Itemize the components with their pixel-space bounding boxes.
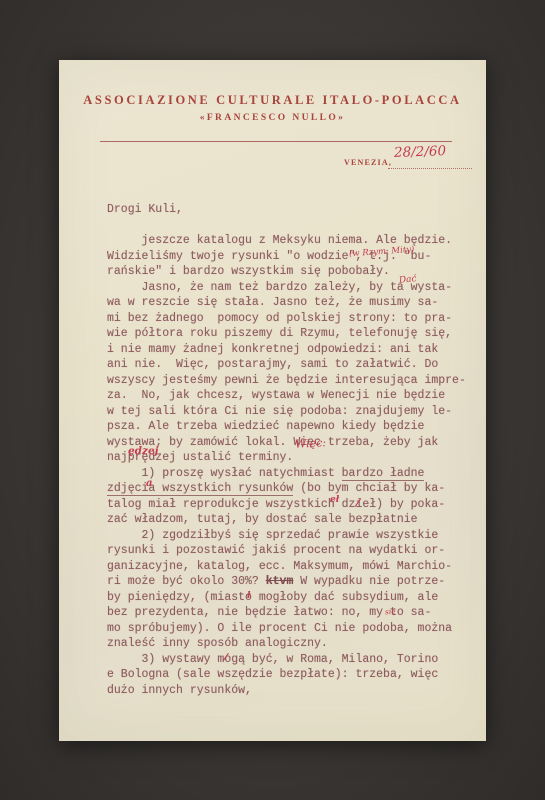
letter-line: wszyscy jesteśmy pewni że będzie interes… [107,373,487,389]
typed-text: bez prezydenta, nie będzie łatwo: no, my… [107,606,431,619]
typed-text: mo spróbujemy). O ile procent Ci nie pod… [107,622,452,635]
typed-text: wszyscy jesteśmy pewni że będzie interes… [107,374,466,387]
letter-line: za. No, jak chcesz, wystawa w Wenecji ni… [107,388,487,404]
letter-line: wystawa; by zamówić lokal. Więc trzeba, … [107,435,487,451]
letter-line: 1) proszę wysłać natychmiast bardzo ładn… [107,466,487,482]
letter-line: w tej sali która Ci nie się podoba: znaj… [107,404,487,420]
letter-line: rysunki i pozostawić jakiś procent na wy… [107,543,487,559]
letter-line: e Bologna (sale wszędzie bezpłate): trze… [107,667,487,683]
typed-text: najprędzej ustalić terminy. [107,451,293,464]
typed-text: by pieniędzy, (miasto mogłoby dać subsyd… [107,591,438,604]
letter-line: by pieniędzy, (miasto mogłoby dać subsyd… [107,590,487,606]
typed-text: wa w reszcie się stała. Jasno też, że mu… [107,296,438,309]
typed-text: Drogi Kuli, [107,203,183,216]
typed-text: 3) wystawy mogą być, w Roma, Milano, Tor… [107,653,438,666]
photo-background: ASSOCIAZIONE CULTURALE ITALO-POLACCA «FR… [0,0,545,800]
typed-text: za. No, jak chcesz, wystawa w Wenecji ni… [107,389,445,402]
letter-line: ani nie. Więc, postarajmy, sami to załat… [107,357,487,373]
typed-text: znaleść inny sposób analogiczny. [107,637,328,650]
letter-line: i nie mamy żadnej konkretnej odpowiedzi:… [107,342,487,358]
place-label: VENEZIA, [344,158,392,167]
letter-line: zać władzom, tutaj, by dostać sale bezpł… [107,512,487,528]
letterhead-francesco-nullo: «FRANCESCO NULLO» [59,113,486,123]
letter-line: najprędzej ustalić terminy. [107,450,487,466]
letter-line: ganizacyjne, katalog, ecc. Maksymum, mów… [107,559,487,575]
typed-text: talog miał reprodukcje wszystkich dzieł)… [107,498,445,511]
typed-text: ri może być okolo 30%? [107,575,266,588]
letter-line: znaleść inny sposób analogiczny. [107,636,487,652]
typed-text: rysunki i pozostawić jakiś procent na wy… [107,544,445,557]
typed-text: e Bologna (sale wszędzie bezpłate): trze… [107,668,438,681]
typed-text: wystawa; by zamówić lokal. Więc trzeba, … [107,436,438,449]
letterhead-rule [100,141,452,142]
typed-text: 2) zgodziłbyś się sprzedać prawie wszyst… [107,529,438,542]
letter-line: rańskie" i bardzo wszystkim się pobobały… [107,264,487,280]
letter-line: wa w reszcie się stała. Jasno też, że mu… [107,295,487,311]
letter-line: talog miał reprodukcje wszystkich dzieł)… [107,497,487,513]
typed-text: Widzieliśmy twoje rysunki "o wodzie", t.… [107,250,431,263]
typed-text: i nie mamy żadnej konkretnej odpowiedzi:… [107,343,438,356]
underlined-text: bardzo ładne [342,467,425,481]
letter-line: Jasno, że nam też bardzo zależy, by ta w… [107,280,487,296]
typed-text: dużo innych rysunków, [107,684,252,697]
letter-line: 3) wystawy mogą być, w Roma, Milano, Tor… [107,652,487,668]
letterhead-association-name: ASSOCIAZIONE CULTURALE ITALO-POLACCA [59,93,486,108]
letter-line: dużo innych rysunków, [107,683,487,699]
letter-line: mi bez żadnego pomocy od polskiej strony… [107,311,487,327]
typed-text: 1) proszę wysłać natychmiast [107,467,342,480]
letter-line: bez prezydenta, nie będzie łatwo: no, my… [107,605,487,621]
letter-line: psza. Ale trzeba wiedzieć napewno kiedy … [107,419,487,435]
typed-text: jeszcze katalogu z Meksyku niema. Ale bę… [107,234,452,247]
typed-text: wie półtora roku piszemy di Rzymu, telef… [107,327,452,340]
letter-line: 2) zgodziłbyś się sprzedać prawie wszyst… [107,528,487,544]
letter-body: Drogi Kuli, jeszcze katalogu z Meksyku n… [107,202,487,698]
typed-text: Jasno, że nam też bardzo zależy, by ta w… [107,281,452,294]
letter-line: wie półtora roku piszemy di Rzymu, telef… [107,326,487,342]
underlined-text: zdjęcia wszystkich rysunków [107,482,293,496]
typed-text: rańskie" i bardzo wszystkim się pobobały… [107,265,390,278]
typed-text: (bo bym chciał by ka- [293,482,445,495]
letter-line: zdjęcia wszystkich rysunków (bo bym chci… [107,481,487,497]
typed-text: psza. Ale trzeba wiedzieć napewno kiedy … [107,420,424,433]
date-line: 28/2/60 [388,143,472,169]
letter-line: mo spróbujemy). O ile procent Ci nie pod… [107,621,487,637]
letter-line [107,218,487,234]
typed-text: W wypadku nie potrze- [293,575,445,588]
letter-line: jeszcze katalogu z Meksyku niema. Ale bę… [107,233,487,249]
typed-text: mi bez żadnego pomocy od polskiej strony… [107,312,452,325]
typed-text: ani nie. Więc, postarajmy, sami to załat… [107,358,438,371]
typed-text: w tej sali która Ci nie się podoba: znaj… [107,405,452,418]
typed-text: ktvm [266,575,294,588]
typed-text: ganizacyjne, katalog, ecc. Maksymum, mów… [107,560,452,573]
letter-line: Widzieliśmy twoje rysunki "o wodzie", t.… [107,249,487,265]
letter-line: ri może być okolo 30%? ktvm W wypadku ni… [107,574,487,590]
typed-text: zać władzom, tutaj, by dostać sale bezpł… [107,513,418,526]
handwritten-date: 28/2/60 [394,143,447,161]
letter-line: Drogi Kuli, [107,202,487,218]
